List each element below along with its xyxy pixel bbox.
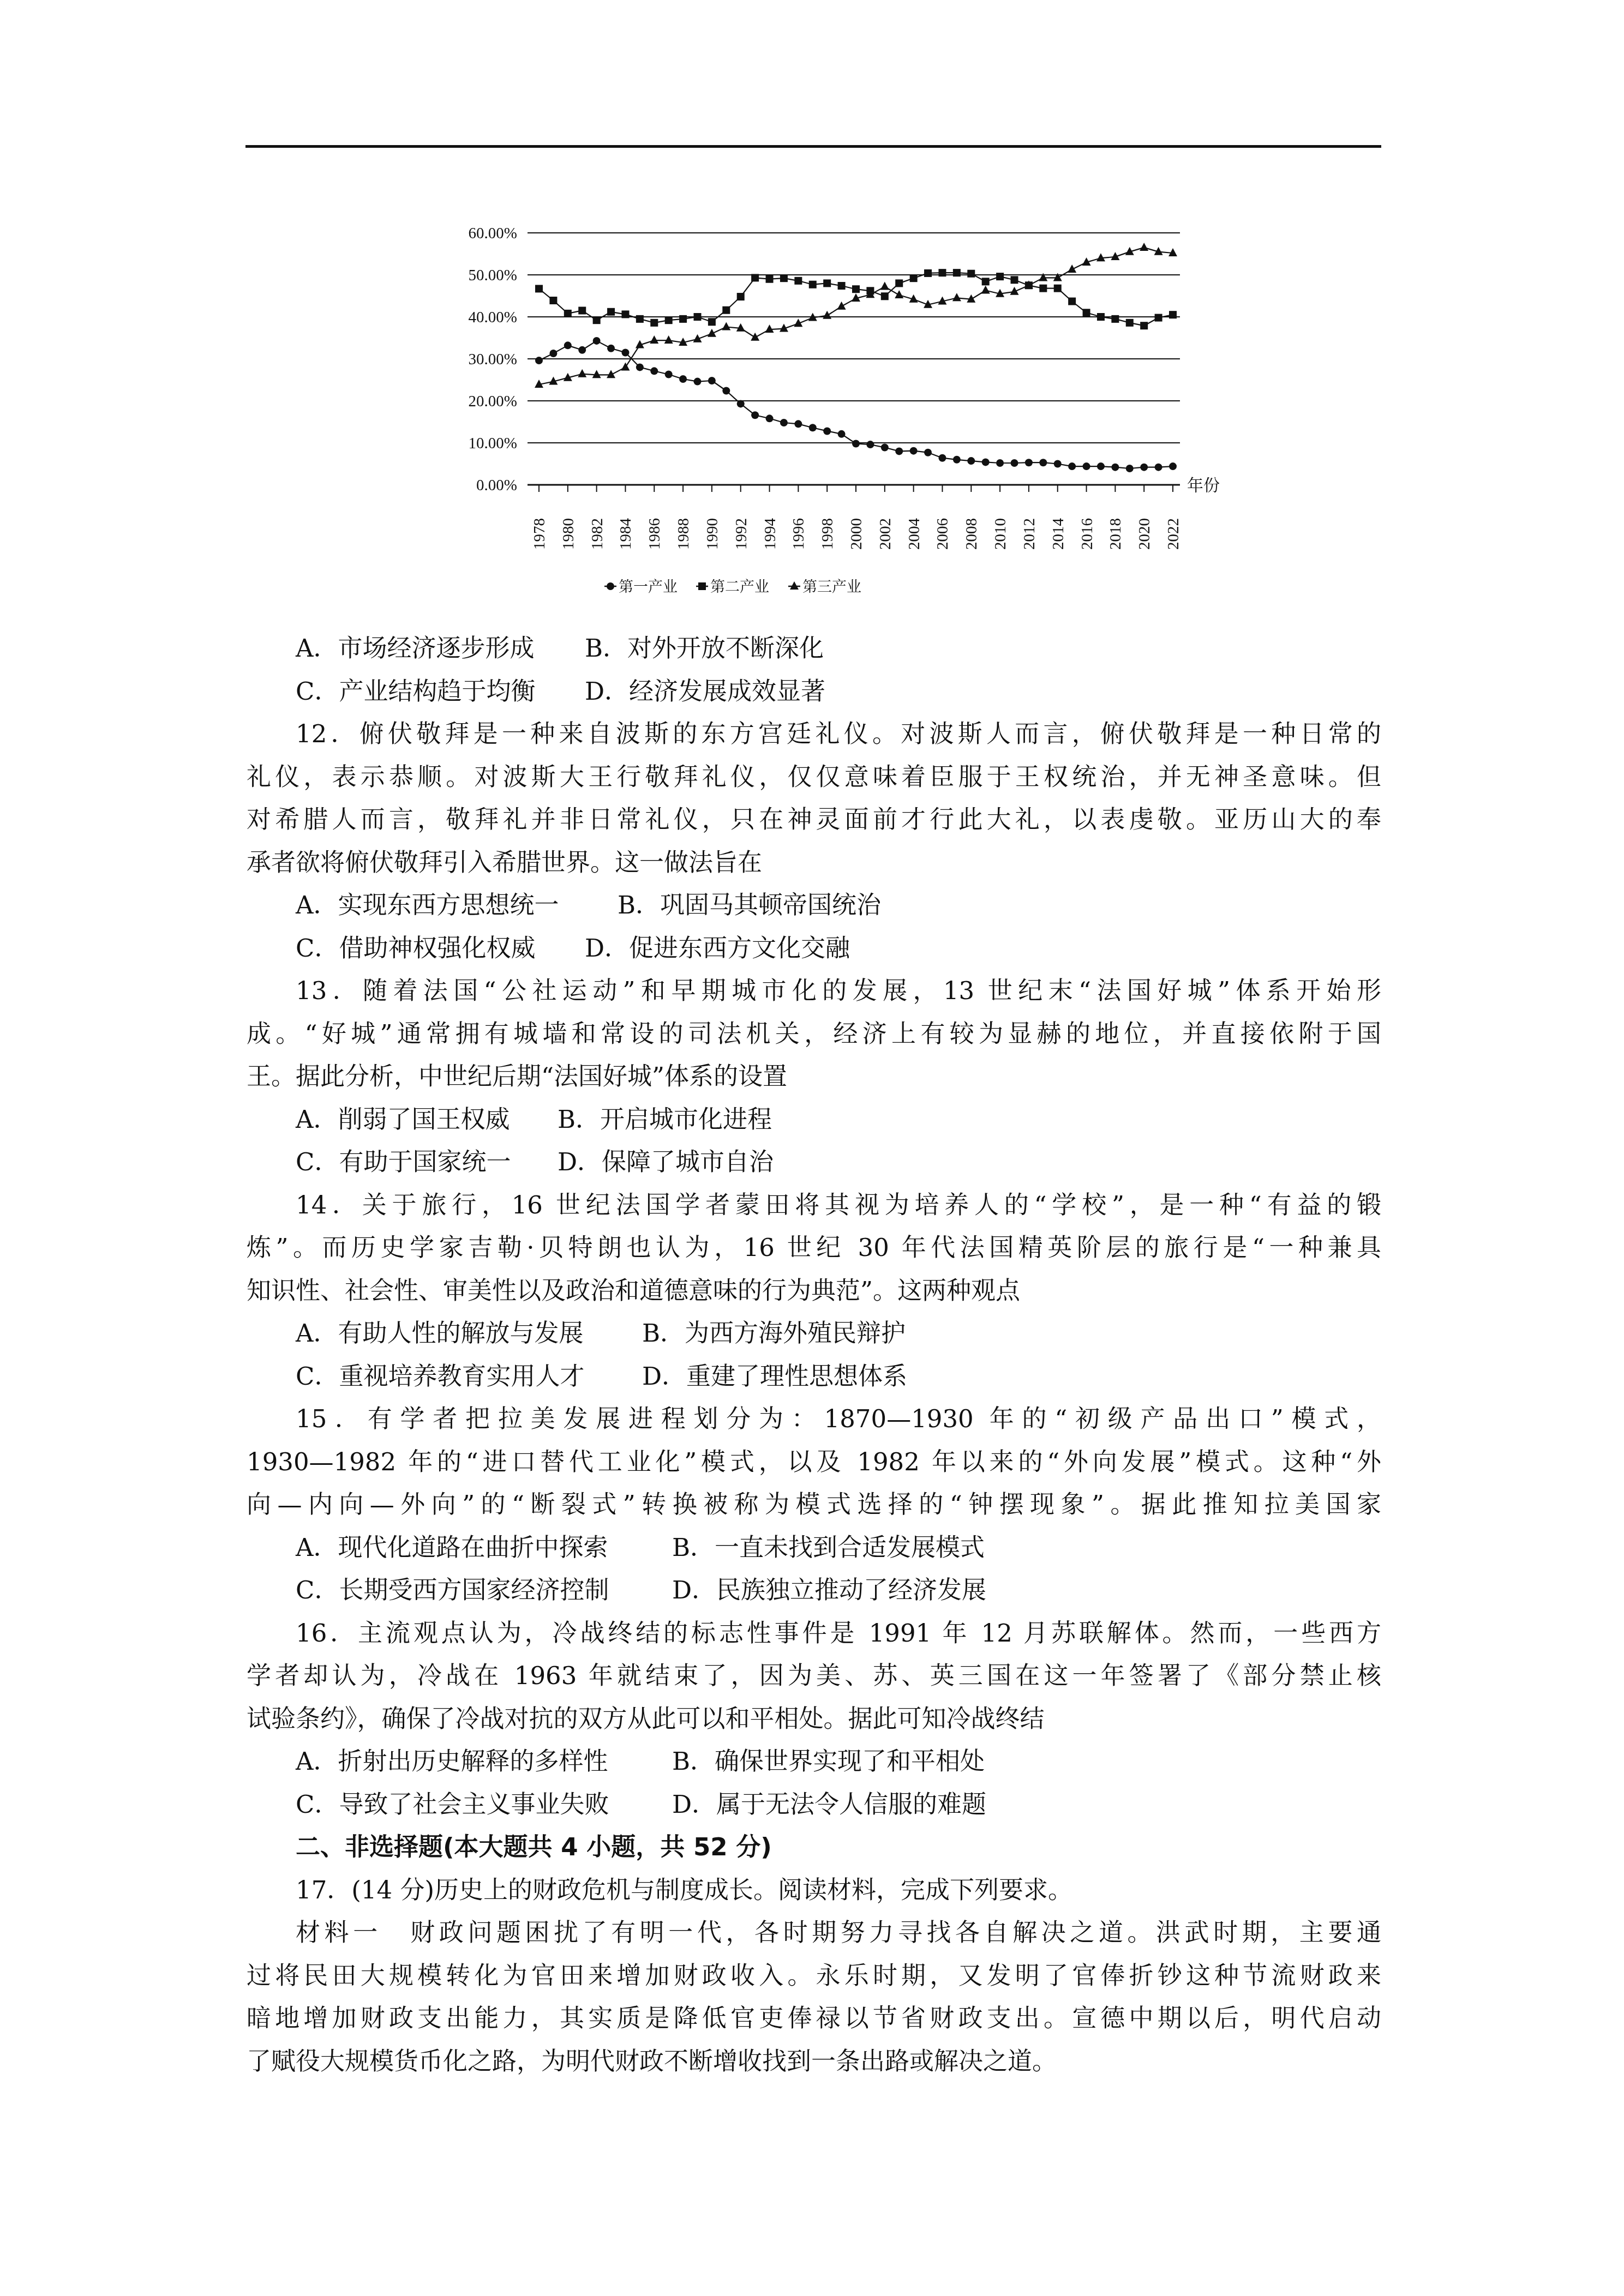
triangle-marker-icon [722, 322, 730, 330]
triangle-marker-icon [1140, 243, 1148, 251]
x-tick-label: 1996 [790, 518, 807, 550]
triangle-marker-icon [607, 370, 615, 378]
legend-item-3: 第三产业 [788, 579, 861, 596]
x-tick-label: 2018 [1107, 518, 1124, 550]
y-tick-label: 20.00% [469, 393, 517, 410]
q15-options-row-1: A．现代化道路在曲折中探索B．一直未找到合适发展模式 [247, 1526, 1381, 1570]
circle-marker-icon [535, 357, 543, 364]
triangle-marker-icon [765, 324, 774, 333]
q15-stem-line: 1930—1982 年的“进口替代工业化”模式，以及 1982 年以来的“外向发… [247, 1441, 1381, 1484]
triangle-marker-icon [837, 302, 846, 310]
triangle-marker-icon [1039, 273, 1047, 281]
square-marker-icon [694, 313, 702, 321]
circle-marker-icon [996, 459, 1004, 467]
x-axis-unit-label: 年份 [1187, 476, 1220, 495]
q16-option-d: D．属于无法令人信服的难题 [672, 1783, 986, 1826]
circle-marker-icon [578, 346, 586, 354]
square-marker-icon [607, 308, 615, 316]
circle-marker-icon [982, 458, 990, 466]
square-marker-icon [751, 274, 759, 281]
industry-share-chart: 0.00%10.00%20.00%30.00%40.00%50.00%60.00… [436, 207, 1244, 622]
circle-marker-icon [1140, 464, 1148, 471]
q11-option-a: A．市场经济逐步形成 [296, 627, 585, 670]
triangle-marker-icon [751, 333, 759, 341]
square-marker-icon [982, 278, 990, 285]
q14-option-b: B．为西方海外殖民辩护 [642, 1312, 906, 1355]
q16-option-c: C．导致了社会主义事业失败 [296, 1783, 672, 1826]
circle-marker-icon [881, 443, 889, 451]
q16-stem-line: 16．主流观点认为，冷战终结的标志性事件是 1991 年 12 月苏联解体。然而… [247, 1612, 1381, 1655]
square-marker-icon [1097, 313, 1105, 321]
x-tick-label: 1988 [675, 518, 692, 550]
q15-option-b: B．一直未找到合适发展模式 [672, 1526, 985, 1570]
triangle-marker-icon [664, 335, 673, 344]
circle-marker-icon [636, 363, 644, 371]
q17-material-line: 过将民田大规模转化为官田来增加财政收入。永乐时期，又发明了官俸折钞这种节流财政来 [247, 1955, 1381, 1998]
q16-option-b: B．确保世界实现了和平相处 [672, 1740, 985, 1783]
circle-marker-icon [650, 367, 658, 375]
circle-marker-icon [823, 427, 831, 435]
circle-marker-icon [910, 447, 918, 455]
q14-stem-line: 知识性、社会性、审美性以及政治和道德意味的行为典范”。这两种观点 [247, 1270, 1381, 1313]
q13-options-row-1: A．削弱了国王权威B．开启城市化进程 [247, 1098, 1381, 1141]
square-marker-icon [780, 274, 788, 282]
circle-marker-icon [1011, 459, 1018, 467]
square-marker-icon [823, 279, 831, 287]
q12-stem-line: 礼仪，表示恭顺。对波斯大王行敬拜礼仪，仅仅意味着臣服于王权统治，并无神圣意味。但 [247, 756, 1381, 799]
series-line [539, 341, 1173, 468]
q15-option-d: D．民族独立推动了经济发展 [672, 1569, 986, 1612]
q16-options-row-2: C．导致了社会主义事业失败D．属于无法令人信服的难题 [247, 1783, 1381, 1826]
circle-marker-icon [953, 456, 961, 464]
square-marker-icon [924, 269, 932, 277]
q17-material-line: 暗地增加财政支出能力，其实质是降低官吏俸禄以节省财政支出。宣德中期以后，明代启动 [247, 1997, 1381, 2040]
q12-stem-line: 12．俯伏敬拜是一种来自波斯的东方宫廷礼仪。对波斯人而言，俯伏敬拜是一种日常的 [247, 713, 1381, 756]
x-tick-label: 1986 [646, 518, 663, 550]
circle-marker-icon [895, 447, 903, 455]
circle-legend-icon [607, 582, 614, 590]
x-tick-label: 1978 [531, 518, 548, 550]
q11-options-row-1: A．市场经济逐步形成B．对外开放不断深化 [247, 627, 1381, 670]
q12-options-row-2: C．借助神权强化权威D．促进东西方文化交融 [247, 927, 1381, 970]
square-marker-icon [593, 316, 601, 324]
q15-option-c: C．长期受西方国家经济控制 [296, 1569, 672, 1612]
q11-options-row-2: C．产业结构趋于均衡D．经济发展成效显著 [247, 670, 1381, 713]
square-marker-icon [895, 279, 903, 287]
square-marker-icon [910, 274, 918, 282]
x-tick-label: 2014 [1050, 518, 1067, 550]
x-tick-label: 2008 [963, 518, 980, 550]
q13-stem-line: 13．随着法国“公社运动”和早期城市化的发展，13 世纪末“法国好城”体系开始形 [247, 970, 1381, 1013]
circle-marker-icon [694, 378, 702, 386]
x-tick-label: 1992 [733, 518, 750, 550]
q12-option-c: C．借助神权强化权威 [296, 927, 585, 970]
legend-label: 第二产业 [710, 579, 769, 596]
q16-option-a: A．折射出历史解释的多样性 [296, 1740, 672, 1783]
q13-option-c: C．有助于国家统一 [296, 1141, 558, 1184]
triangle-marker-icon [578, 369, 586, 377]
circle-marker-icon [809, 424, 817, 431]
triangle-marker-icon [1068, 265, 1076, 273]
q13-options-row-2: C．有助于国家统一D．保障了城市自治 [247, 1141, 1381, 1184]
square-marker-icon [794, 277, 802, 285]
q13-stem-line: 成。“好城”通常拥有城墙和常设的司法机关，经济上有较为显赫的地位，并直接依附于国 [247, 1013, 1381, 1056]
section-heading: 二、非选择题(本大题共 4 小题，共 52 分) [247, 1826, 1381, 1869]
circle-marker-icon [1097, 462, 1105, 470]
q12-option-d: D．促进东西方文化交融 [585, 927, 850, 970]
triangle-marker-icon [592, 370, 601, 378]
circle-marker-icon [737, 400, 745, 407]
y-tick-label: 0.00% [476, 477, 517, 494]
q14-option-a: A．有助人性的解放与发展 [296, 1312, 642, 1355]
q14-options-row-2: C．重视培养教育实用人才D．重建了理性思想体系 [247, 1355, 1381, 1398]
circle-marker-icon [751, 411, 759, 419]
x-tick-label: 1990 [704, 518, 721, 550]
circle-marker-icon [564, 341, 572, 349]
header-rule [245, 145, 1381, 148]
circle-marker-icon [722, 387, 730, 395]
square-marker-icon [852, 285, 860, 293]
series-line [539, 248, 1173, 384]
circle-marker-icon [967, 457, 975, 465]
circle-marker-icon [924, 449, 932, 456]
q12-options-row-1: A．实现东西方思想统一B．巩固马其顿帝国统治 [247, 884, 1381, 927]
circle-marker-icon [1155, 464, 1162, 471]
q11-option-b: B．对外开放不断深化 [585, 627, 824, 670]
circle-marker-icon [852, 440, 860, 448]
square-marker-icon [708, 318, 716, 326]
circle-marker-icon [1054, 460, 1062, 468]
triangle-marker-icon [952, 293, 961, 301]
y-tick-label: 50.00% [469, 267, 517, 284]
square-marker-icon [766, 275, 774, 283]
q14-option-d: D．重建了理性思想体系 [642, 1355, 907, 1398]
circle-marker-icon [866, 441, 874, 448]
square-marker-icon [621, 310, 629, 318]
triangle-marker-icon [823, 311, 831, 319]
circle-marker-icon [679, 375, 687, 383]
q16-options-row-1: A．折射出历史解释的多样性B．确保世界实现了和平相处 [247, 1740, 1381, 1783]
q14-stem-line: 14．关于旅行，16 世纪法国学者蒙田将其视为培养人的“学校”，是一种“有益的锻 [247, 1184, 1381, 1227]
square-legend-icon [698, 582, 706, 590]
x-tick-label: 2012 [1021, 518, 1038, 550]
square-marker-icon [549, 297, 557, 304]
q17-stem: 17．(14 分)历史上的财政危机与制度成长。阅读材料，完成下列要求。 [247, 1869, 1381, 1912]
circle-marker-icon [621, 348, 629, 356]
triangle-marker-icon [880, 282, 889, 290]
legend-label: 第三产业 [802, 579, 861, 596]
q15-stem-line: 向—内向—外向”的“断裂式”转换被称为模式选择的“钟摆现象”。据此推知拉美国家 [247, 1483, 1381, 1526]
square-marker-icon [665, 316, 673, 324]
q13-option-a: A．削弱了国王权威 [296, 1098, 558, 1141]
square-marker-icon [1039, 285, 1047, 292]
triangle-marker-icon [650, 335, 658, 344]
q15-options-row-2: C．长期受西方国家经济控制D．民族独立推动了经济发展 [247, 1569, 1381, 1612]
q16-stem-line: 学者却认为，冷战在 1963 年就结束了，因为美、苏、英三国在这一年签署了《部分… [247, 1655, 1381, 1698]
x-tick-label: 2006 [934, 518, 951, 550]
square-marker-icon [1169, 311, 1177, 318]
circle-marker-icon [1039, 459, 1047, 466]
triangle-legend-icon [790, 581, 799, 590]
circle-marker-icon [838, 430, 846, 438]
x-tick-label: 1982 [589, 518, 606, 550]
circle-marker-icon [780, 419, 788, 426]
triangle-marker-icon [1053, 273, 1062, 281]
circle-marker-icon [1169, 462, 1177, 470]
x-tick-label: 2000 [848, 518, 865, 550]
square-marker-icon [1140, 322, 1148, 329]
legend-item-2: 第二产业 [696, 579, 769, 596]
square-marker-icon [564, 310, 572, 317]
square-marker-icon [1155, 314, 1162, 322]
circle-marker-icon [549, 350, 557, 357]
x-tick-label: 2016 [1078, 518, 1096, 550]
square-marker-icon [722, 306, 730, 314]
circle-marker-icon [1126, 465, 1134, 472]
q12-option-a: A．实现东西方思想统一 [296, 884, 618, 927]
q12-stem-line: 对希腊人而言，敬拜礼并非日常礼仪，只在神灵面前才行此大礼，以表虔敬。亚历山大的奉 [247, 798, 1381, 842]
square-marker-icon [1011, 276, 1018, 284]
triangle-marker-icon [895, 290, 903, 298]
q13-option-d: D．保障了城市自治 [558, 1141, 774, 1184]
q14-option-c: C．重视培养教育实用人才 [296, 1355, 642, 1398]
line-chart: 0.00%10.00%20.00%30.00%40.00%50.00%60.00… [436, 207, 1244, 622]
circle-marker-icon [1111, 464, 1119, 471]
square-marker-icon [578, 306, 586, 314]
legend-item-1: 第一产业 [604, 579, 678, 596]
q17-material-line: 了赋役大规模货币化之路，为明代财政不断增收找到一条出路或解决之道。 [247, 2040, 1381, 2083]
square-marker-icon [650, 319, 658, 327]
q14-stem-line: 炼”。而历史学家吉勒·贝特朗也认为，16 世纪 30 年代法国精英阶层的旅行是“… [247, 1227, 1381, 1270]
x-tick-label: 1994 [762, 518, 779, 550]
x-tick-label: 2010 [992, 518, 1009, 550]
triangle-marker-icon [981, 285, 990, 293]
square-marker-icon [996, 273, 1004, 280]
x-tick-label: 1984 [617, 518, 634, 550]
q13-option-b: B．开启城市化进程 [558, 1098, 772, 1141]
circle-marker-icon [766, 414, 774, 422]
circle-marker-icon [938, 454, 946, 462]
x-tick-label: 2004 [906, 518, 923, 550]
q15-option-a: A．现代化道路在曲折中探索 [296, 1526, 672, 1570]
y-tick-label: 30.00% [469, 351, 517, 368]
q11-option-d: D．经济发展成效显著 [585, 670, 825, 713]
square-marker-icon [1083, 309, 1090, 316]
y-tick-label: 60.00% [469, 225, 517, 242]
square-marker-icon [1068, 298, 1076, 305]
circle-marker-icon [1068, 462, 1076, 470]
square-marker-icon [881, 292, 889, 300]
legend-label: 第一产业 [619, 579, 678, 596]
circle-marker-icon [607, 345, 615, 352]
square-marker-icon [938, 269, 946, 277]
q15-stem-line: 15．有学者把拉美发展进程划分为：1870—1930 年的“初级产品出口”模式， [247, 1398, 1381, 1441]
q17-material-line: 材料一 财政问题困扰了有明一代，各时期努力寻找各自解决之道。洪武时期，主要通 [247, 1912, 1381, 1955]
q13-stem-line: 王。据此分析，中世纪后期“法国好城”体系的设置 [247, 1055, 1381, 1098]
circle-marker-icon [665, 370, 673, 378]
y-tick-label: 40.00% [469, 309, 517, 326]
circle-marker-icon [1025, 459, 1033, 466]
circle-marker-icon [593, 337, 601, 345]
x-tick-label: 1998 [819, 518, 836, 550]
x-tick-label: 1980 [560, 518, 577, 550]
square-marker-icon [1111, 315, 1119, 323]
circle-marker-icon [1083, 462, 1090, 470]
square-marker-icon [809, 281, 817, 288]
circle-marker-icon [708, 377, 716, 384]
x-tick-label: 2022 [1165, 518, 1182, 550]
series-3 [535, 243, 1177, 388]
square-marker-icon [737, 293, 745, 300]
square-marker-icon [953, 269, 961, 277]
square-marker-icon [1054, 285, 1062, 292]
square-marker-icon [679, 315, 687, 323]
x-tick-label: 2020 [1136, 518, 1153, 550]
square-marker-icon [1126, 319, 1134, 327]
q14-options-row-1: A．有助人性的解放与发展B．为西方海外殖民辩护 [247, 1312, 1381, 1355]
circle-marker-icon [794, 420, 802, 428]
square-marker-icon [636, 315, 644, 323]
question-text: A．市场经济逐步形成B．对外开放不断深化 C．产业结构趋于均衡D．经济发展成效显… [247, 627, 1381, 2083]
q12-stem-line: 承者欲将俯伏敬拜引入希腊世界。这一做法旨在 [247, 842, 1381, 885]
square-marker-icon [838, 282, 846, 290]
q11-option-c: C．产业结构趋于均衡 [296, 670, 585, 713]
square-marker-icon [535, 285, 543, 292]
q16-stem-line: 试验条约》，确保了冷战对抗的双方从此可以和平相处。据此可知冷战终结 [247, 1698, 1381, 1741]
q12-option-b: B．巩固马其顿帝国统治 [618, 884, 881, 927]
square-marker-icon [967, 270, 975, 278]
x-tick-label: 2002 [877, 518, 894, 550]
y-tick-label: 10.00% [469, 435, 517, 452]
